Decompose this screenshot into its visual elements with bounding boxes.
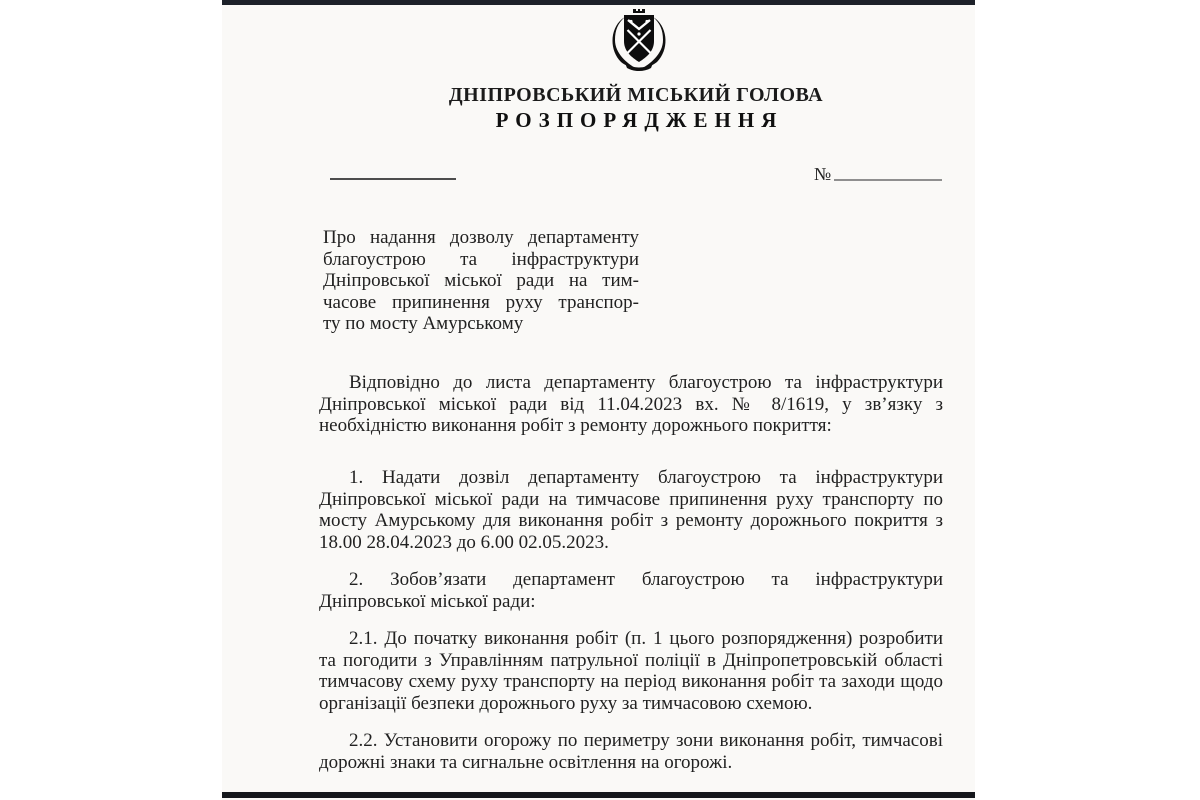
paragraph-item-2-2: 2.2. Установити огорожу по периметру зон… xyxy=(319,730,943,773)
subject-line: благоустрою та інфраструктури xyxy=(323,249,639,271)
subject-line: Про надання дозволу департаменту xyxy=(323,227,639,249)
number-sign-label: № xyxy=(814,164,831,185)
subject-line: Дніпровської міської ради на тим- xyxy=(323,270,639,292)
date-blank-line xyxy=(330,166,456,180)
paragraph-item-2: 2. Зобов’язати департамент благоустрою т… xyxy=(319,569,943,612)
subject-line: ту по мосту Амурському xyxy=(323,313,639,335)
paragraph-item-1: 1. Надати дозвіл департаменту благоустро… xyxy=(319,467,943,553)
number-blank-line xyxy=(834,167,942,181)
subject-line: часове припинення руху транспор- xyxy=(323,292,639,314)
scan-top-edge xyxy=(222,0,975,5)
document-page: ДНІПРОВСЬКИЙ МІСЬКИЙ ГОЛОВА РОЗПОРЯДЖЕНН… xyxy=(0,0,1200,800)
city-coat-of-arms-icon xyxy=(604,8,674,72)
subject-block: Про надання дозволу департаменту благоус… xyxy=(323,227,639,335)
scan-bottom-edge xyxy=(222,792,975,798)
paragraph-intro: Відповідно до листа департаменту благоус… xyxy=(319,372,943,437)
document-type-title: РОЗПОРЯДЖЕННЯ xyxy=(436,108,836,133)
issuing-authority-title: ДНІПРОВСЬКИЙ МІСЬКИЙ ГОЛОВА xyxy=(436,84,836,107)
paragraph-item-2-1: 2.1. До початку виконання робіт (п. 1 ць… xyxy=(319,628,943,714)
